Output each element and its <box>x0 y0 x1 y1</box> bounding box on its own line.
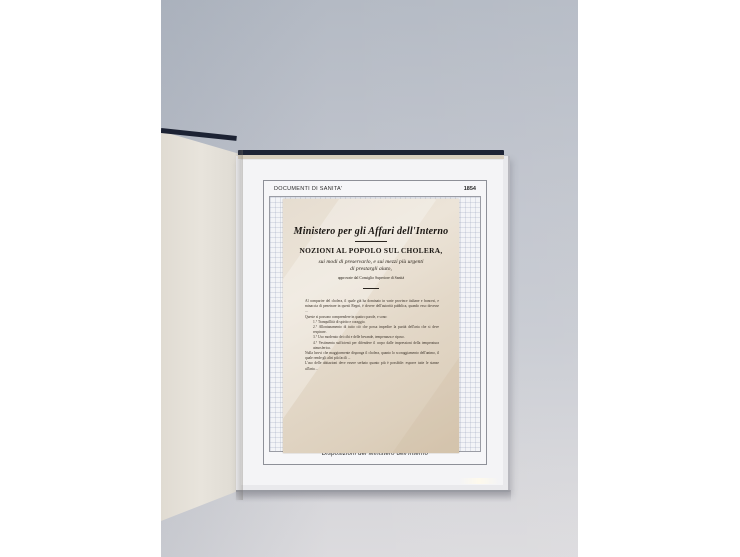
binder-inner-strip <box>238 155 504 159</box>
body-intro: Al comparire del cholera, il quale già h… <box>305 299 439 315</box>
body-paragraph: Nulla havvi che maggiormente disponga il… <box>305 351 439 361</box>
sleeve-glare <box>459 478 499 484</box>
page-header-title: DOCUMENTI DI SANITA' <box>274 186 342 192</box>
body-item: 2.° Allontanamento di tutto ciò che poss… <box>305 325 439 335</box>
body-item: 4.° Vestimenta sufficienti per difendere… <box>305 341 439 351</box>
album-interleaf-left-page <box>161 131 241 521</box>
document-title: Ministero per gli Affari dell'Interno <box>283 226 459 237</box>
page-shadow <box>235 150 243 500</box>
document-subtitle-line2: sui modi di preservarlo, e sui mezzi più… <box>283 259 459 266</box>
document-subtitle-line3: di prestargli aiuto, <box>283 266 459 273</box>
title-rule <box>355 241 387 242</box>
document-subtitle: NOZIONI AL POPOLO SUL CHOLERA, <box>283 246 459 255</box>
historical-document: Ministero per gli Affari dell'Interno NO… <box>283 199 459 453</box>
page-header-year: 1854 <box>464 186 476 192</box>
photograph: DOCUMENTI DI SANITA' 1854 Disposizioni d… <box>161 0 578 557</box>
body-paragraph: L'uso delle abitazioni deve essere serba… <box>305 361 439 371</box>
album-shadow <box>236 490 511 502</box>
section-rule <box>363 288 379 289</box>
document-body: Al comparire del cholera, il quale già h… <box>305 299 439 372</box>
document-approval-line: approvate dal Consiglio Superiore di San… <box>283 276 459 280</box>
